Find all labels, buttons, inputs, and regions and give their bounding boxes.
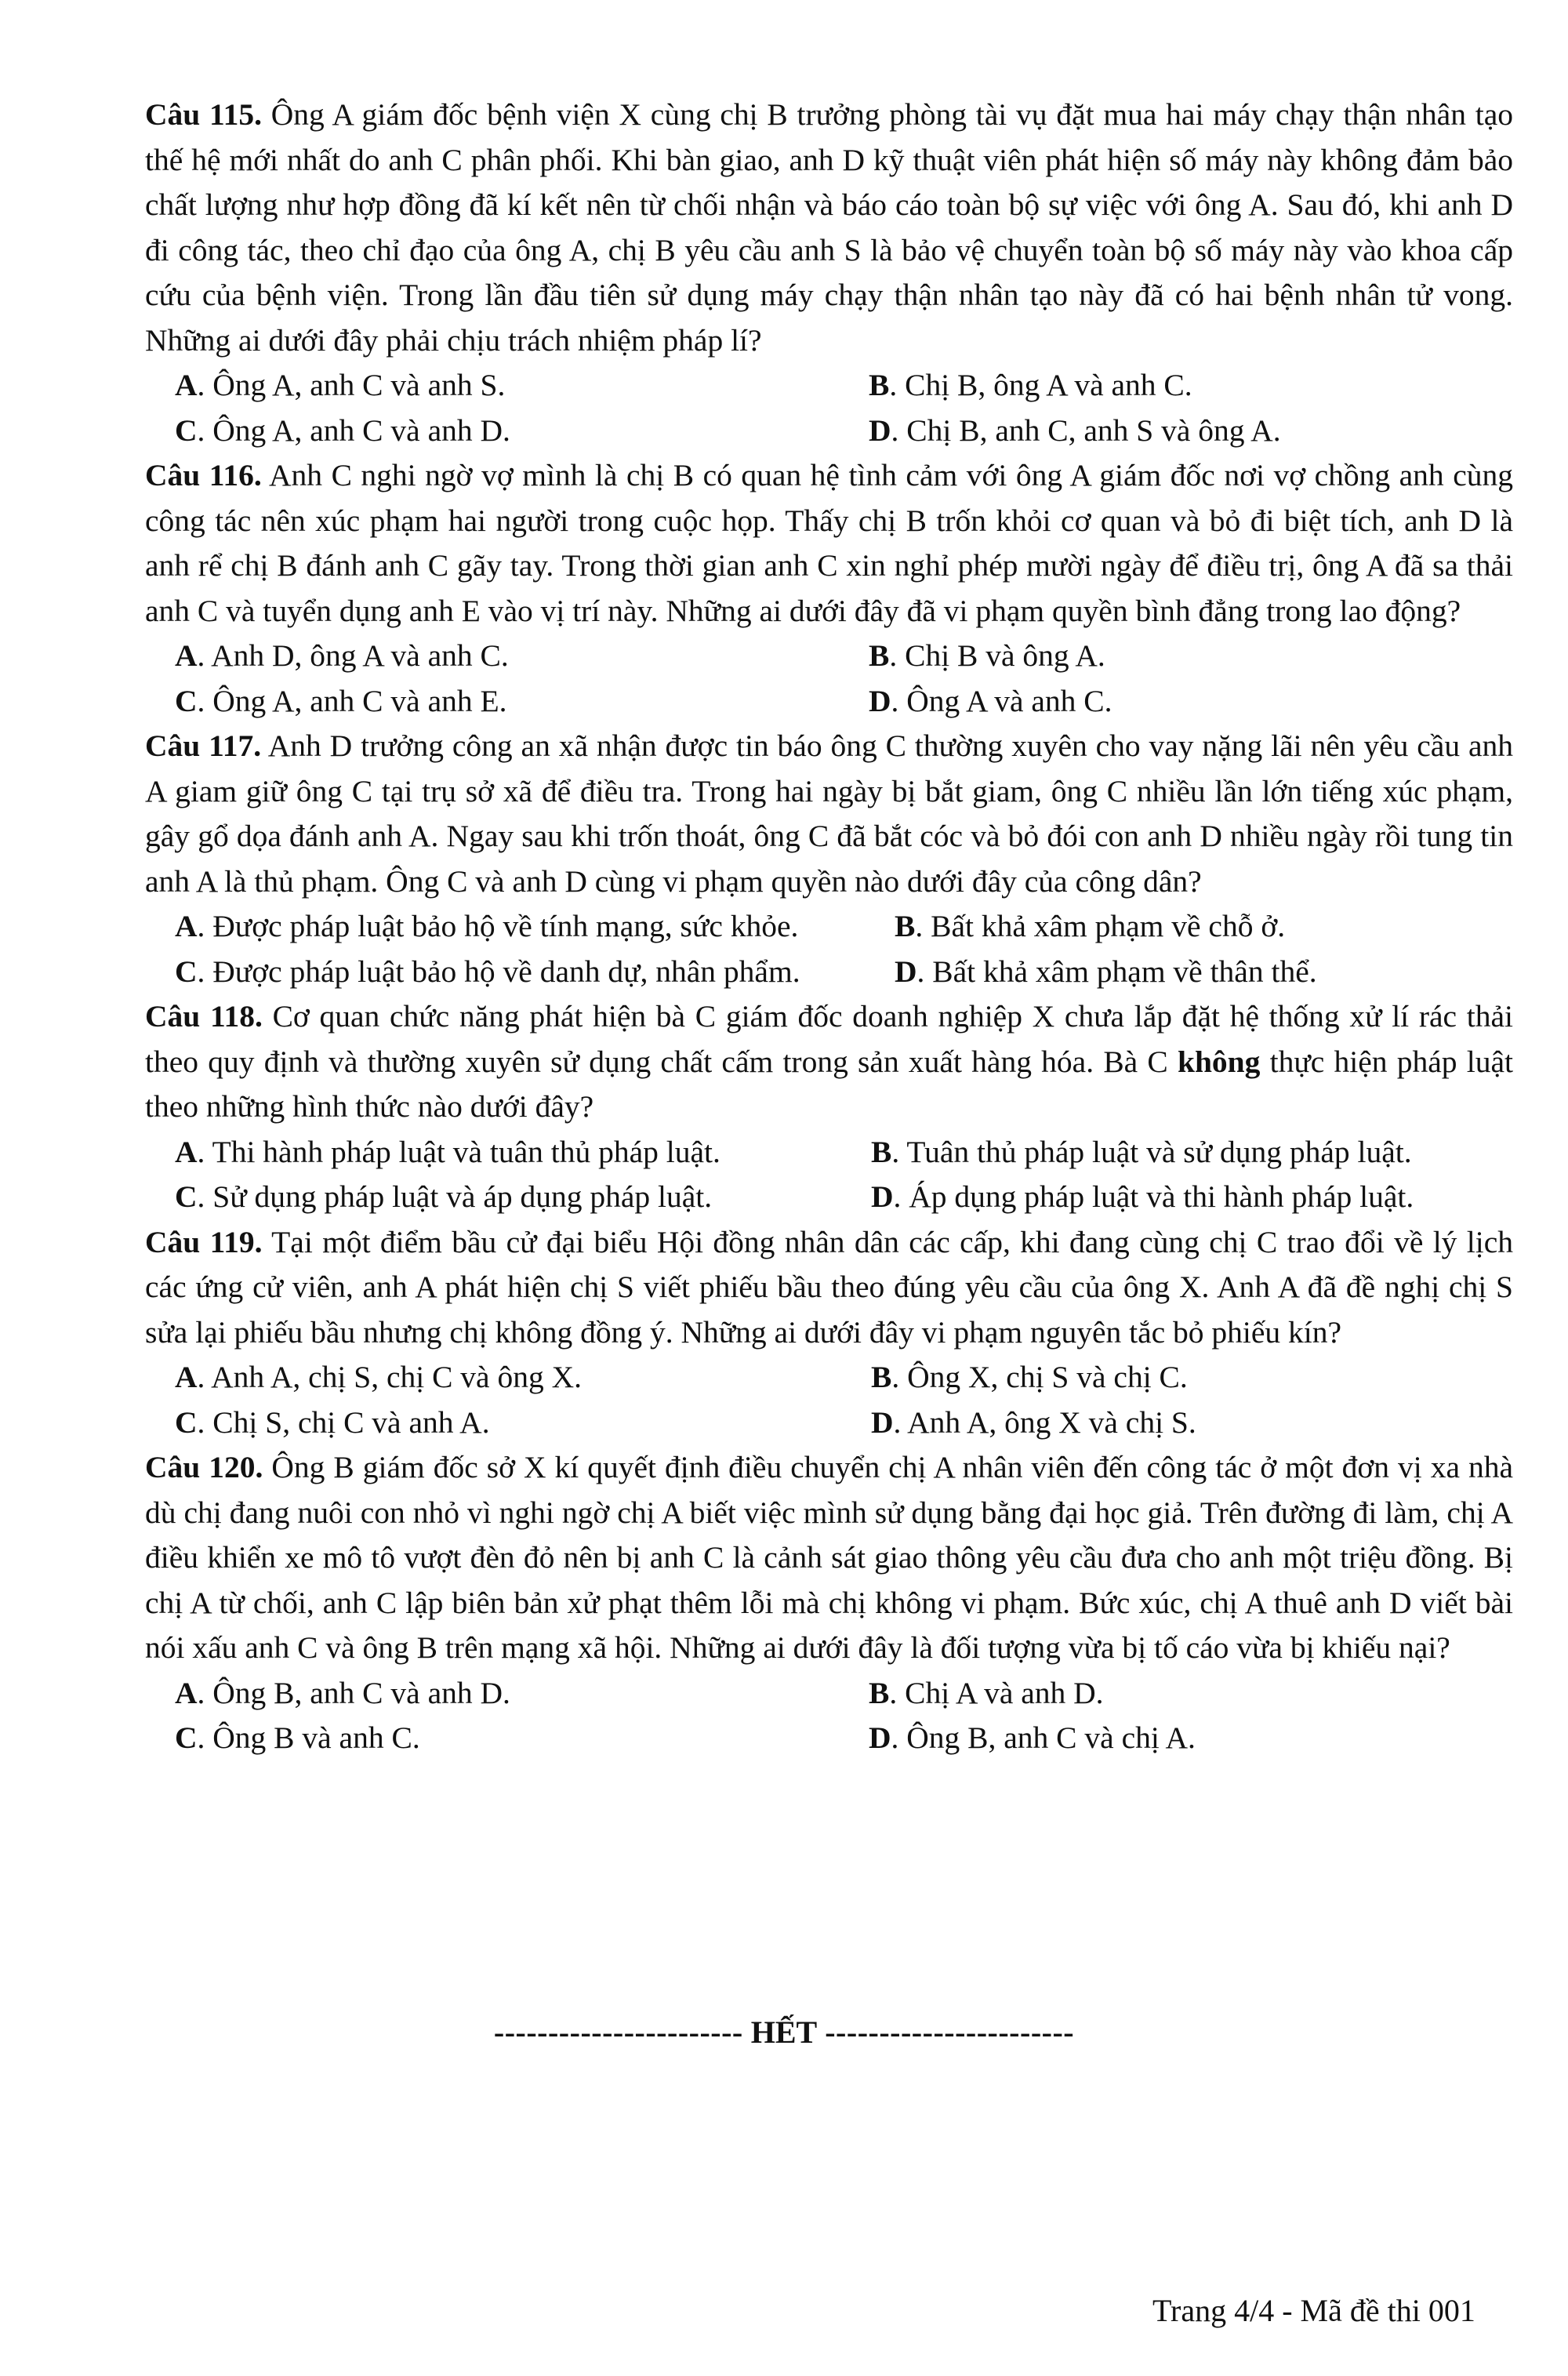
option-a[interactable]: A. Anh D, ông A và anh C. [175, 634, 869, 679]
option-c[interactable]: C. Ông B và anh C. [175, 1716, 869, 1761]
option-c[interactable]: C. Ông A, anh C và anh D. [175, 409, 869, 454]
option-d[interactable]: D. Ông A và anh C. [869, 679, 1513, 725]
option-text: . Ông B, anh C và anh D. [198, 1676, 510, 1710]
option-letter: D [871, 1405, 894, 1440]
question-label: Câu 115. [145, 97, 262, 132]
question-118: Câu 118. Cơ quan chức năng phát hiện bà … [145, 994, 1513, 1220]
option-letter: C [175, 1179, 198, 1214]
option-text: . Chị A và anh D. [889, 1676, 1103, 1710]
divider-dashes-right: ----------------------- [825, 2015, 1074, 2050]
option-a[interactable]: A. Ông A, anh C và anh S. [175, 363, 869, 409]
option-text: . Ông A, anh C và anh D. [198, 413, 510, 448]
option-letter: D [895, 954, 917, 989]
question-119: Câu 119. Tại một điểm bầu cử đại biểu Hộ… [145, 1220, 1513, 1446]
option-text: . Được pháp luật bảo hộ về danh dự, nhân… [198, 954, 800, 989]
option-d[interactable]: D. Ông B, anh C và chị A. [869, 1716, 1513, 1761]
option-c[interactable]: C. Được pháp luật bảo hộ về danh dự, nhâ… [175, 950, 895, 995]
option-b[interactable]: B. Tuân thủ pháp luật và sử dụng pháp lu… [871, 1130, 1513, 1175]
option-a[interactable]: A. Được pháp luật bảo hộ về tính mạng, s… [175, 904, 895, 950]
option-text: . Ông A và anh C. [891, 684, 1112, 718]
question-body: Tại một điểm bầu cử đại biểu Hội đồng nh… [145, 1225, 1513, 1350]
exam-page: Câu 115. Ông A giám đốc bệnh viện X cùng… [145, 93, 1513, 1761]
option-c[interactable]: C. Sử dụng pháp luật và áp dụng pháp luậ… [175, 1175, 871, 1220]
question-body: Anh C nghi ngờ vợ mình là chị B có quan … [145, 458, 1513, 628]
end-word: HẾT [751, 2015, 817, 2050]
question-116: Câu 116. Anh C nghi ngờ vợ mình là chị B… [145, 453, 1513, 724]
answer-options: A. Anh D, ông A và anh C. B. Chị B và ôn… [145, 634, 1513, 724]
option-text: . Áp dụng pháp luật và thi hành pháp luậ… [894, 1179, 1414, 1214]
answer-options: A. Anh A, chị S, chị C và ông X. B. Ông … [145, 1355, 1513, 1445]
option-text: . Chị B, ông A và anh C. [889, 368, 1192, 402]
option-letter: A [175, 1135, 198, 1169]
option-b[interactable]: B. Ông X, chị S và chị C. [871, 1355, 1513, 1401]
answer-options: A. Ông B, anh C và anh D. B. Chị A và an… [145, 1671, 1513, 1761]
option-letter: C [175, 1405, 198, 1440]
option-text: . Sử dụng pháp luật và áp dụng pháp luật… [198, 1179, 713, 1214]
option-text: . Ông B và anh C. [198, 1720, 420, 1755]
option-text: . Chị B, anh C, anh S và ông A. [891, 413, 1281, 448]
option-text: . Chị S, chị C và anh A. [198, 1405, 490, 1440]
option-d[interactable]: D. Áp dụng pháp luật và thi hành pháp lu… [871, 1175, 1513, 1220]
option-letter: C [175, 413, 198, 448]
question-body: Ông A giám đốc bệnh viện X cùng chị B tr… [145, 97, 1513, 358]
option-letter: A [175, 909, 198, 943]
option-a[interactable]: A. Ông B, anh C và anh D. [175, 1671, 869, 1717]
option-letter: D [869, 1720, 891, 1755]
option-b[interactable]: B. Chị B và ông A. [869, 634, 1513, 679]
emphasis-negation: không [1178, 1044, 1260, 1079]
question-body: Anh D trưởng công an xã nhận được tin bá… [145, 728, 1513, 899]
option-a[interactable]: A. Anh A, chị S, chị C và ông X. [175, 1355, 871, 1401]
answer-options: A. Được pháp luật bảo hộ về tính mạng, s… [145, 904, 1513, 994]
option-a[interactable]: A. Thi hành pháp luật và tuân thủ pháp l… [175, 1130, 871, 1175]
option-c[interactable]: C. Ông A, anh C và anh E. [175, 679, 869, 725]
question-label: Câu 119. [145, 1225, 263, 1259]
question-text: Câu 119. Tại một điểm bầu cử đại biểu Hộ… [145, 1220, 1513, 1356]
divider-dashes-left: ----------------------- [494, 2015, 743, 2050]
option-letter: C [175, 1720, 198, 1755]
option-letter: A [175, 1360, 198, 1394]
option-letter: B [895, 909, 915, 943]
answer-options: A. Thi hành pháp luật và tuân thủ pháp l… [145, 1130, 1513, 1220]
option-b[interactable]: B. Bất khả xâm phạm về chỗ ở. [895, 904, 1513, 950]
option-text: . Anh A, chị S, chị C và ông X. [198, 1360, 582, 1394]
question-label: Câu 117. [145, 728, 261, 763]
option-letter: B [869, 1676, 889, 1710]
answer-options: A. Ông A, anh C và anh S. B. Chị B, ông … [145, 363, 1513, 453]
option-d[interactable]: D. Bất khả xâm phạm về thân thể. [895, 950, 1513, 995]
question-body: Ông B giám đốc sở X kí quyết định điều c… [145, 1450, 1513, 1665]
question-text: Câu 116. Anh C nghi ngờ vợ mình là chị B… [145, 453, 1513, 634]
option-letter: A [175, 368, 198, 402]
option-letter: C [175, 954, 198, 989]
question-117: Câu 117. Anh D trưởng công an xã nhận đư… [145, 724, 1513, 994]
option-letter: C [175, 684, 198, 718]
option-text: . Ông A, anh C và anh S. [198, 368, 506, 402]
option-letter: B [869, 638, 889, 673]
option-letter: D [869, 413, 891, 448]
option-letter: B [871, 1135, 891, 1169]
question-text: Câu 120. Ông B giám đốc sở X kí quyết đị… [145, 1445, 1513, 1671]
option-letter: D [871, 1179, 894, 1214]
option-letter: D [869, 684, 891, 718]
page-footer: Trang 4/4 - Mã đề thi 001 [1152, 2291, 1475, 2331]
option-d[interactable]: D. Anh A, ông X và chị S. [871, 1401, 1513, 1446]
option-b[interactable]: B. Chị B, ông A và anh C. [869, 363, 1513, 409]
option-text: . Ông B, anh C và chị A. [891, 1720, 1196, 1755]
option-text: . Ông A, anh C và anh E. [198, 684, 507, 718]
option-text: . Được pháp luật bảo hộ về tính mạng, sứ… [198, 909, 799, 943]
option-letter: A [175, 1676, 198, 1710]
question-label: Câu 120. [145, 1450, 263, 1484]
option-letter: A [175, 638, 198, 673]
option-d[interactable]: D. Chị B, anh C, anh S và ông A. [869, 409, 1513, 454]
option-text: . Bất khả xâm phạm về thân thể. [917, 954, 1317, 989]
end-of-exam-marker: -----------------------HẾT--------------… [0, 2013, 1568, 2052]
question-label: Câu 116. [145, 458, 262, 492]
option-letter: B [869, 368, 889, 402]
option-b[interactable]: B. Chị A và anh D. [869, 1671, 1513, 1717]
question-text: Câu 115. Ông A giám đốc bệnh viện X cùng… [145, 93, 1513, 363]
option-text: . Anh D, ông A và anh C. [198, 638, 509, 673]
question-115: Câu 115. Ông A giám đốc bệnh viện X cùng… [145, 93, 1513, 453]
option-text: . Chị B và ông A. [889, 638, 1105, 673]
question-120: Câu 120. Ông B giám đốc sở X kí quyết đị… [145, 1445, 1513, 1761]
option-text: . Tuân thủ pháp luật và sử dụng pháp luậ… [891, 1135, 1411, 1169]
option-text: . Bất khả xâm phạm về chỗ ở. [915, 909, 1285, 943]
question-label: Câu 118. [145, 999, 263, 1034]
option-c[interactable]: C. Chị S, chị C và anh A. [175, 1401, 871, 1446]
question-text: Câu 117. Anh D trưởng công an xã nhận đư… [145, 724, 1513, 904]
option-text: . Ông X, chị S và chị C. [891, 1360, 1187, 1394]
option-letter: B [871, 1360, 891, 1394]
question-text: Câu 118. Cơ quan chức năng phát hiện bà … [145, 994, 1513, 1130]
option-text: . Anh A, ông X và chị S. [894, 1405, 1196, 1440]
option-text: . Thi hành pháp luật và tuân thủ pháp lu… [198, 1135, 720, 1169]
